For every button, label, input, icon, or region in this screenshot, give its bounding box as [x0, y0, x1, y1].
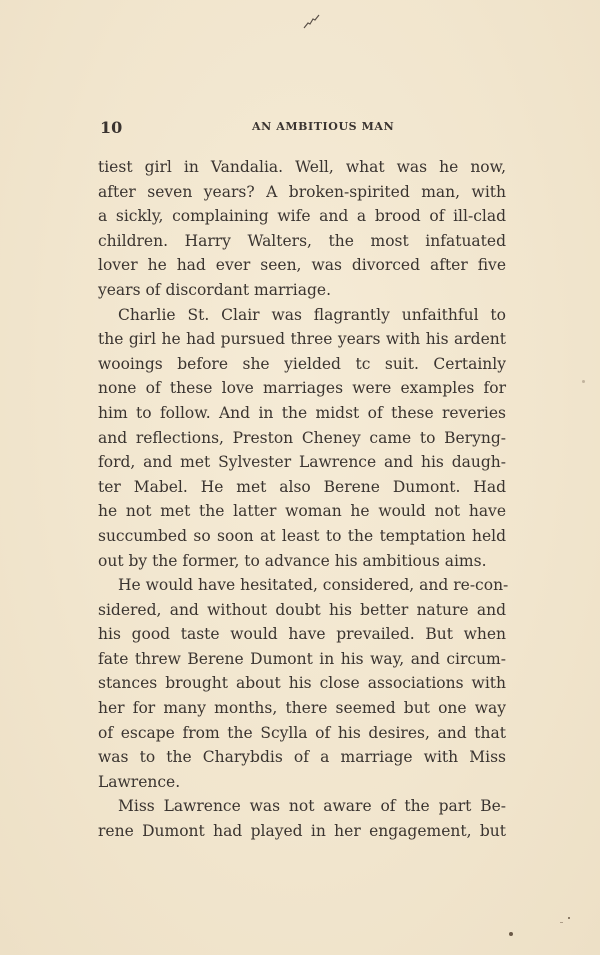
text-line: his good taste would have prevailed. But… — [98, 622, 506, 647]
text-line: out by the former, to advance his ambiti… — [98, 549, 506, 574]
page-number: 10 — [100, 118, 122, 137]
text-line: a sickly, complaining wife and a brood o… — [98, 204, 506, 229]
text-line: fate threw Berene Dumont in his way, and… — [98, 647, 506, 672]
text-line: him to follow. And in the midst of these… — [98, 401, 506, 426]
running-head: 10 AN AMBITIOUS MAN — [100, 118, 504, 138]
body-text: tiest girl in Vandalia. Well, what was h… — [98, 155, 506, 844]
ink-speck-icon — [568, 917, 570, 919]
text-line: lover he had ever seen, was divorced aft… — [98, 253, 506, 278]
text-line: Lawrence. — [98, 770, 506, 795]
text-line: He would have hesitated, considered, and… — [98, 573, 506, 598]
text-line: tiest girl in Vandalia. Well, what was h… — [98, 155, 506, 180]
text-line: sidered, and without doubt his better na… — [98, 598, 506, 623]
text-line: of escape from the Scylla of his desires… — [98, 721, 506, 746]
running-title: AN AMBITIOUS MAN — [252, 120, 394, 133]
text-line: years of discordant marriage. — [98, 278, 506, 303]
text-line: succumbed so soon at least to the tempta… — [98, 524, 506, 549]
ink-speck-icon — [560, 922, 563, 923]
ink-speck-icon — [582, 380, 585, 383]
text-line: he not met the latter woman he would not… — [98, 499, 506, 524]
text-line: ford, and met Sylvester Lawrence and his… — [98, 450, 506, 475]
ink-speck-icon — [509, 932, 513, 936]
text-line: wooings before she yielded tc suit. Cert… — [98, 352, 506, 377]
text-line: after seven years? A broken-spirited man… — [98, 180, 506, 205]
text-line: stances brought about his close associat… — [98, 671, 506, 696]
text-line: ter Mabel. He met also Berene Dumont. Ha… — [98, 475, 506, 500]
text-line: none of these love marriages were exampl… — [98, 376, 506, 401]
text-line: was to the Charybdis of a marriage with … — [98, 745, 506, 770]
text-line: and reflections, Preston Cheney came to … — [98, 426, 506, 451]
text-line: rene Dumont had played in her engagement… — [98, 819, 506, 844]
pencil-scribble-icon — [302, 12, 322, 30]
text-line: her for many months, there seemed but on… — [98, 696, 506, 721]
text-line: Charlie St. Clair was flagrantly unfaith… — [98, 303, 506, 328]
text-line: children. Harry Walters, the most infatu… — [98, 229, 506, 254]
text-line: the girl he had pursued three years with… — [98, 327, 506, 352]
text-line: Miss Lawrence was not aware of the part … — [98, 794, 506, 819]
